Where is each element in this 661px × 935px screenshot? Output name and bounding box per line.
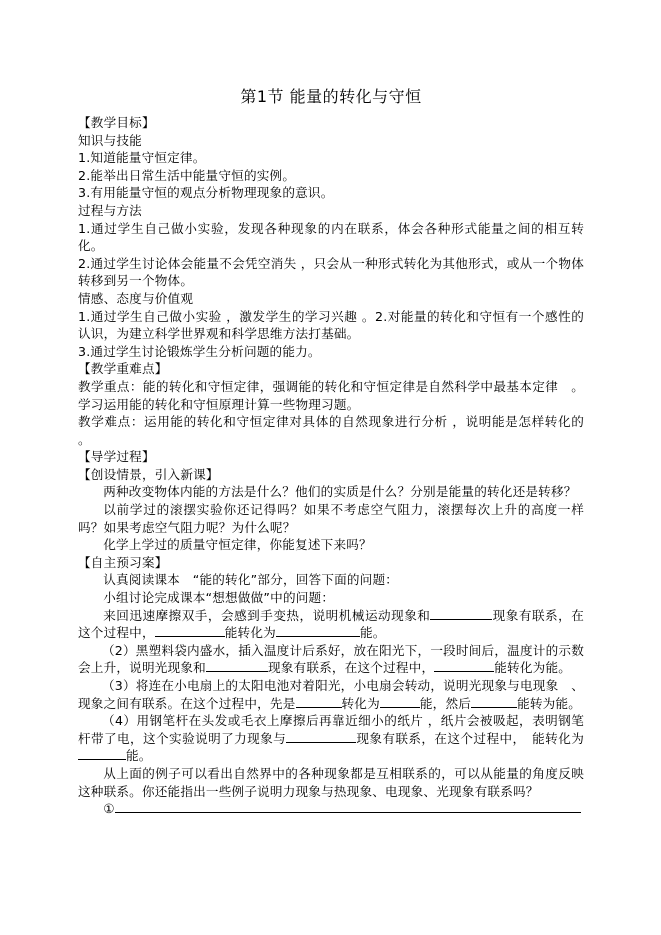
question-4: （4）用钢笔杆在头发或毛衣上摩擦后再靠近细小的纸片 ，纸片会被吸起，表明钢笔杆带… xyxy=(78,712,584,765)
process-item: 1.通过学生自己做小实验，发现各种现象的内在联系，体会各种形式能量之间的相互转化… xyxy=(78,220,584,255)
preview-heading: 【自主预习案】 xyxy=(78,554,584,572)
knowledge-heading: 知识与技能 xyxy=(78,132,584,150)
scenario-question: 化学上学过的质量守恒定律，你能复述下来吗？ xyxy=(78,536,584,554)
q4-text-c: 能。 xyxy=(126,748,152,763)
guide-heading: 【导学过程】 xyxy=(78,448,584,466)
q2-blank-2[interactable] xyxy=(434,659,494,672)
q3-blank-2[interactable] xyxy=(380,695,420,708)
q3-blank-1[interactable] xyxy=(296,695,342,708)
knowledge-item: 3.有用能量守恒的观点分析物理现象的意识。 xyxy=(78,184,584,202)
key-point-text: 教学重点：能的转化和守恒定律，强调能的转化和守恒定律是自然科学中最基本定律 。学… xyxy=(78,378,584,413)
q2-text-b: 现象有联系，在这个过程中， xyxy=(268,660,434,675)
difficulty-text: 教学难点：运用能的转化和守恒定律对具体的自然现象进行分析 ，说明能是怎样转化的 … xyxy=(78,413,584,448)
q3-text-b: 转化为 xyxy=(342,696,380,711)
q1-blank-3[interactable] xyxy=(276,624,360,637)
emotion-heading: 情感、态度与价值观 xyxy=(78,290,584,308)
q4-blank-2[interactable] xyxy=(78,747,126,760)
q3-text-d: 能转为能。 xyxy=(517,696,581,711)
scenario-heading: 【创设情景，引入新课】 xyxy=(78,466,584,484)
question-2: （2）黑塑料袋内盛水，插入温度计后系好，放在阳光下，一段时间后，温度计的示数会上… xyxy=(78,642,584,677)
emotion-item: 1.通过学生自己做小实验 ，激发学生的学习兴趣 。2.对能量的转化和守恒有一个感… xyxy=(78,308,584,343)
emotion-item: 3.通过学生讨论锻炼学生分析问题的能力。 xyxy=(78,343,584,361)
q1-text-a: 来回迅速摩擦双手，会感到手变热，说明机械运动现象和 xyxy=(103,608,430,623)
q1-text-c: 能转化为 xyxy=(225,625,276,640)
conclusion-text: 从上面的例子可以看出自然界中的各种现象都是互相联系的，可以从能量的角度反映这种联… xyxy=(78,765,584,800)
q2-text-c: 能转化为能。 xyxy=(494,660,571,675)
process-heading: 过程与方法 xyxy=(78,202,584,220)
q1-text-d: 能。 xyxy=(360,625,386,640)
q4-blank-1[interactable] xyxy=(286,730,356,743)
preview-intro: 小组讨论完成课本“想想做做”中的问题： xyxy=(78,589,584,607)
knowledge-item: 1.知道能量守恒定律。 xyxy=(78,149,584,167)
q2-blank-1[interactable] xyxy=(206,659,268,672)
objectives-heading: 【教学目标】 xyxy=(78,114,584,132)
q4-text-b: 现象有联系，在这个过程中， 能转化为 xyxy=(356,731,584,746)
question-3: （3）将连在小电扇上的太阳电池对着阳光，小电扇会转动，说明光现象与电现象 、现象… xyxy=(78,677,584,712)
scenario-question: 以前学过的滚摆实验你还记得吗？如果不考虑空气阻力，滚摆每次上升的高度一样吗？如果… xyxy=(78,501,584,536)
q3-blank-3[interactable] xyxy=(471,695,517,708)
answer-marker: ① xyxy=(103,801,115,816)
process-item: 2.通过学生讨论体会能量不会凭空消失 ，只会从一种形式转化为其他形式，或从一个物… xyxy=(78,255,584,290)
q3-text-c: 能，然后 xyxy=(420,696,471,711)
document-page: 第1节 能量的转化与守恒 【教学目标】 知识与技能 1.知道能量守恒定律。 2.… xyxy=(78,86,584,818)
q1-blank-2[interactable] xyxy=(155,624,225,637)
q1-blank-1[interactable] xyxy=(430,607,492,620)
question-1: 来回迅速摩擦双手，会感到手变热，说明机械运动现象和现象有联系，在这个过程中，能转… xyxy=(78,607,584,642)
answer-row: ① xyxy=(78,800,584,818)
page-title: 第1节 能量的转化与守恒 xyxy=(78,86,584,108)
preview-intro: 认真阅读课本 “能的转化”部分，回答下面的问题： xyxy=(78,571,584,589)
answer-blank[interactable] xyxy=(115,800,581,813)
key-points-heading: 【教学重难点】 xyxy=(78,360,584,378)
knowledge-item: 2.能举出日常生活中能量守恒的实例。 xyxy=(78,167,584,185)
scenario-question: 两种改变物体内能的方法是什么？他们的实质是什么？分别是能量的转化还是转移？ xyxy=(78,483,584,501)
